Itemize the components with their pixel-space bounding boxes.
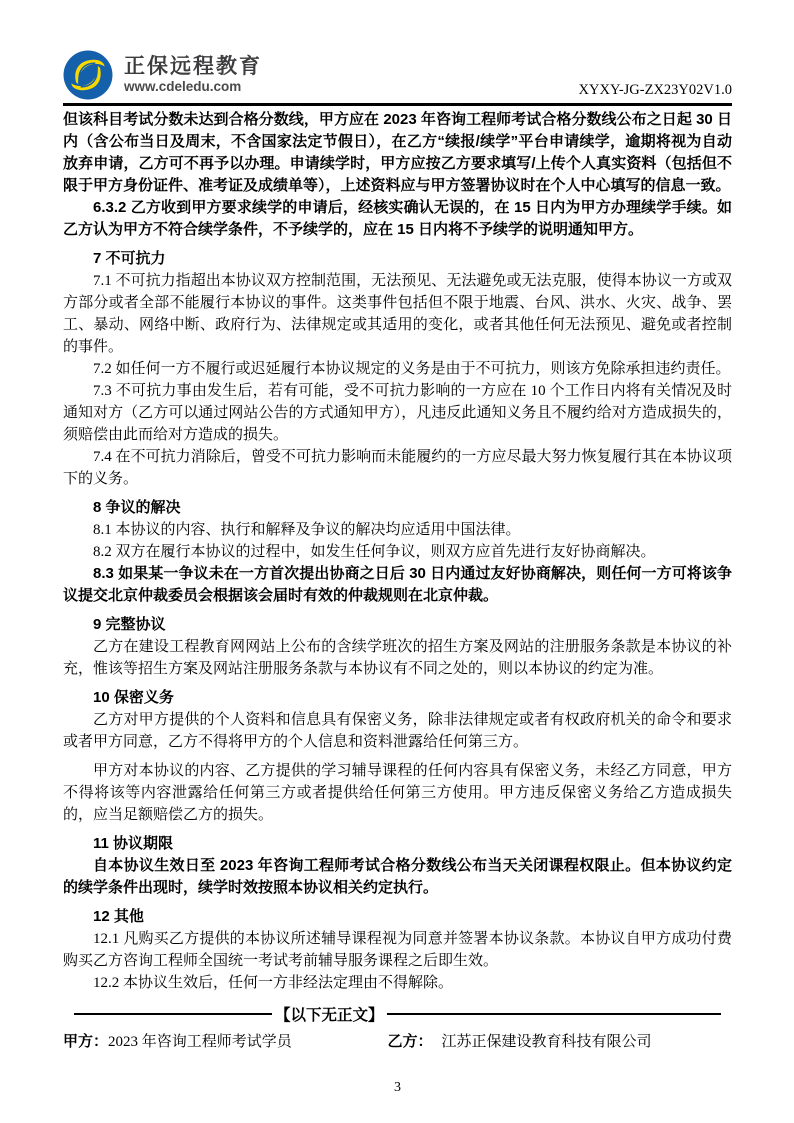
party-a-signature: 甲方：2023 年咨询工程师考试学员 (63, 1030, 387, 1054)
clause-6-3-2: 6.3.2 乙方收到甲方要求续学的申请后，经核实确认无误的，在 15 日内为甲方… (63, 197, 732, 241)
clause-7-1: 7.1 不可抗力指超出本协议双方控制范围，无法预见、无法避免或无法克服，使得本协… (63, 270, 732, 358)
clause-7-2: 7.2 如任何一方不履行或迟延履行本协议规定的义务是由于不可抗力，则该方免除承担… (63, 358, 732, 380)
clause-10-para-1: 乙方对甲方提供的个人资料和信息具有保密义务，除非法律规定或者有权政府机关的命令和… (63, 709, 732, 753)
party-b-label: 乙方： (387, 1033, 432, 1050)
divider-line-right (387, 1013, 721, 1016)
page-number: 3 (63, 1080, 732, 1096)
clause-8-3: 8.3 如果某一争议未在一方首次提出协商之日后 30 日内通过友好协商解决，则任… (63, 563, 732, 607)
party-b-signature: 乙方：江苏正保建设教育科技有限公司 (387, 1030, 732, 1054)
party-a-name: 2023 年咨询工程师考试学员 (108, 1034, 292, 1050)
brand-name: 正保远程教育 (124, 55, 262, 79)
section-heading-10: 10 保密义务 (63, 687, 732, 709)
clause-12-1: 12.1 凡购买乙方提供的本协议所述辅导课程视为同意并签署本协议条款。本协议自甲… (63, 928, 732, 972)
page-header: 正保远程教育 www.cdeledu.com XYXY-JG-ZX23Y02V1… (63, 36, 732, 100)
end-of-text-label: 【以下无正文】 (272, 1003, 387, 1025)
clause-7-4: 7.4 在不可抗力消除后，曾受不可抗力影响而未能履约的一方应尽最大努力恢复履行其… (63, 446, 732, 490)
contract-body: 但该科目考试分数未达到合格分数线，甲方应在 2023 年咨询工程师考试合格分数线… (63, 109, 732, 994)
brand-url: www.cdeledu.com (124, 79, 262, 95)
clause-11-body: 自本协议生效日至 2023 年咨询工程师考试合格分数线公布当天关闭课程权限止。但… (63, 855, 732, 899)
brand-text: 正保远程教育 www.cdeledu.com (124, 55, 262, 95)
clause-8-1: 8.1 本协议的内容、执行和解释及争议的解决均应适用中国法律。 (63, 519, 732, 541)
clause-6-3-1-continuation: 但该科目考试分数未达到合格分数线，甲方应在 2023 年咨询工程师考试合格分数线… (63, 109, 732, 197)
divider-line-left (74, 1013, 272, 1016)
brand-block: 正保远程教育 www.cdeledu.com (63, 50, 262, 100)
section-heading-7: 7 不可抗力 (63, 248, 732, 270)
clause-12-2: 12.2 本协议生效后，任何一方非经法定理由不得解除。 (63, 972, 732, 994)
doc-code: XYXY-JG-ZX23Y02V1.0 (579, 81, 732, 100)
section-heading-11: 11 协议期限 (63, 833, 732, 855)
clause-9-body: 乙方在建设工程教育网网站上公布的含续学班次的招生方案及网站的注册服务条款是本协议… (63, 636, 732, 680)
clause-10-para-2: 甲方对本协议的内容、乙方提供的学习辅导课程的任何内容具有保密义务，未经乙方同意，… (63, 760, 732, 826)
party-b-name: 江苏正保建设教育科技有限公司 (441, 1034, 651, 1050)
clause-7-3: 7.3 不可抗力事由发生后，若有可能，受不可抗力影响的一方应在 10 个工作日内… (63, 380, 732, 446)
section-heading-8: 8 争议的解决 (63, 497, 732, 519)
brand-logo-icon (63, 50, 113, 100)
section-heading-12: 12 其他 (63, 906, 732, 928)
document-page: 正保远程教育 www.cdeledu.com XYXY-JG-ZX23Y02V1… (0, 0, 794, 1123)
clause-8-2: 8.2 双方在履行本协议的过程中，如发生任何争议，则双方应首先进行友好协商解决。 (63, 541, 732, 563)
end-of-text-divider: 【以下无正文】 (63, 1003, 732, 1025)
party-a-label: 甲方： (63, 1033, 108, 1050)
signature-row: 甲方：2023 年咨询工程师考试学员 乙方：江苏正保建设教育科技有限公司 (63, 1030, 732, 1054)
header-divider (63, 103, 732, 106)
section-heading-9: 9 完整协议 (63, 614, 732, 636)
